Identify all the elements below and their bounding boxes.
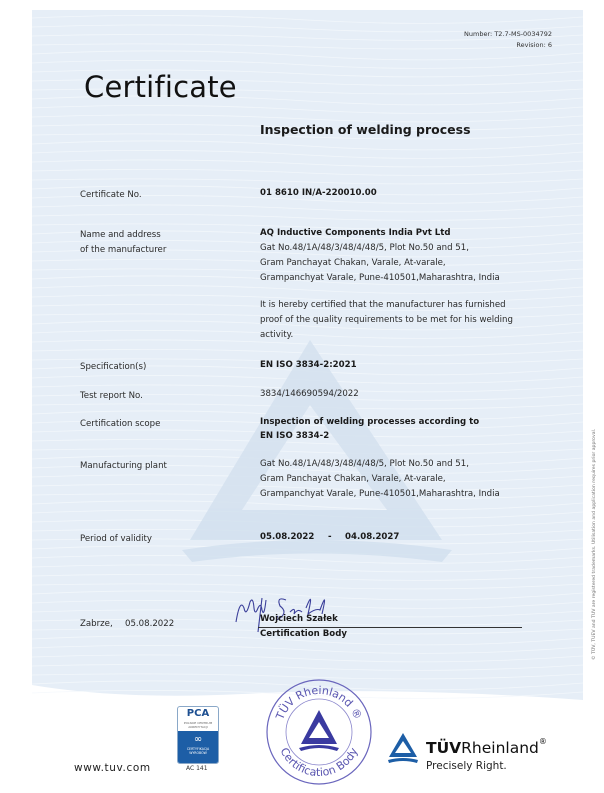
certificate-number: Number: T2.7-MS-0034792 — [464, 30, 552, 38]
pca-rings-icon: ∞ — [178, 733, 218, 747]
pca-subtitle: POLSKIE CENTRUM AKREDYTACJI — [178, 721, 218, 729]
svg-text:Certification Body: Certification Body — [277, 745, 360, 779]
validity-label: Period of validity — [80, 534, 152, 544]
statement-line: It is hereby certified that the manufact… — [260, 298, 506, 313]
trademark-notice: © TÜV, TUEV and TUV are registered trade… — [592, 429, 597, 660]
manufacturer-label-line1: Name and address — [80, 230, 161, 240]
certificate-no-value: 01 8610 IN/A-220010.00 — [260, 186, 377, 201]
plant-label: Manufacturing plant — [80, 461, 167, 471]
tuv-certification-stamp-icon: TÜV Rheinland ® Certification Body — [263, 672, 375, 790]
page-title: Certificate — [84, 70, 237, 104]
scope-label: Certification scope — [80, 419, 160, 429]
signatory-role: Certification Body — [260, 627, 347, 642]
certificate-no-label: Certificate No. — [80, 190, 142, 200]
plant-address-line: Gram Panchayat Chakan, Varale, At-varale… — [260, 472, 446, 487]
manufacturer-address-line: Gram Panchayat Chakan, Varale, At-varale… — [260, 256, 446, 271]
signature-date: 05.08.2022 — [125, 619, 174, 629]
manufacturer-address-line: Grampanchyat Varale, Pune-410501,Maharas… — [260, 271, 500, 286]
statement-line: proof of the quality requirements to be … — [260, 313, 513, 328]
manufacturer-address-line: Gat No.48/1A/48/3/48/4/48/5, Plot No.50 … — [260, 241, 469, 256]
validity-separator: - — [328, 530, 332, 545]
revision-number: Revision: 6 — [516, 41, 552, 49]
tuv-brand-name: TÜVRheinland® — [426, 739, 547, 757]
tuv-tagline: Precisely Right. — [426, 760, 507, 772]
pca-accreditation-badge: PCAPOLSKIE CENTRUM AKREDYTACJI ∞ CERTYFI… — [177, 706, 219, 764]
plant-address-line: Gat No.48/1A/48/3/48/4/48/5, Plot No.50 … — [260, 457, 469, 472]
validity-to: 04.08.2027 — [345, 530, 399, 545]
test-report-value: 3834/146690594/2022 — [260, 387, 359, 402]
manufacturer-name: AQ Inductive Components India Pvt Ltd — [260, 226, 451, 241]
test-report-label: Test report No. — [80, 391, 143, 401]
specification-value: EN ISO 3834-2:2021 — [260, 358, 357, 373]
pca-code: AC 141 — [186, 765, 208, 772]
validity-from: 05.08.2022 — [260, 530, 314, 545]
specification-label: Specification(s) — [80, 362, 146, 372]
scope-value-line1: Inspection of welding processes accordin… — [260, 415, 479, 430]
certificate-subtitle: Inspection of welding process — [260, 122, 471, 137]
plant-address-line: Grampanchyat Varale, Pune-410501,Maharas… — [260, 487, 500, 502]
pca-bottom-line2: WYROBÓW — [178, 751, 218, 755]
scope-value-line2: EN ISO 3834-2 — [260, 429, 329, 444]
signature-place: Zabrze, — [80, 619, 113, 629]
signatory-name: Wojciech Szałek — [260, 612, 338, 627]
website-link[interactable]: www.tuv.com — [74, 762, 151, 774]
pca-name: PCA — [187, 708, 209, 719]
manufacturer-label-line2: of the manufacturer — [80, 245, 166, 255]
tuv-triangle-logo-icon — [386, 731, 420, 765]
statement-line: activity. — [260, 328, 293, 343]
